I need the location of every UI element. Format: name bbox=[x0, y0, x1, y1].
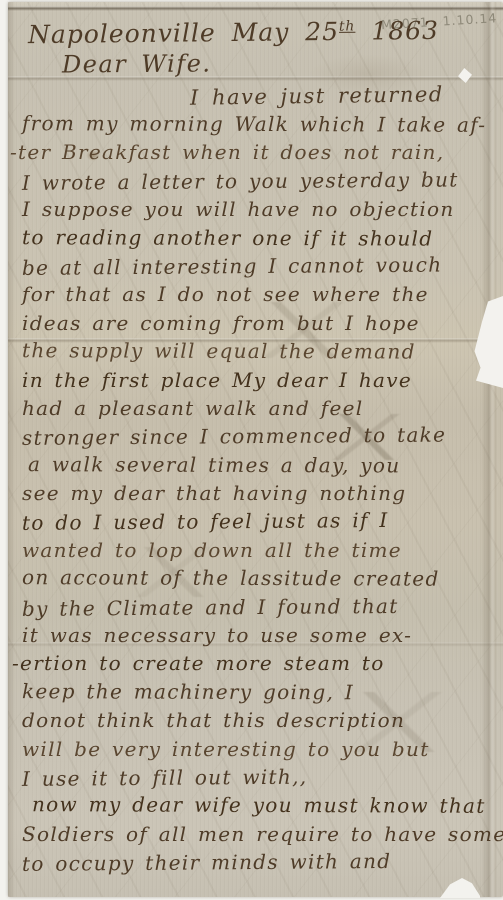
fold-crease-top bbox=[8, 6, 503, 11]
letter-salutation: Dear Wife. bbox=[62, 49, 212, 78]
letter-paper: M2071 1.10.14 Napoleonville May 25th 186… bbox=[8, 2, 503, 897]
letter-line: a walk several times a day, you bbox=[28, 450, 497, 480]
letter-line: -ter Breakfast when it does not rain, bbox=[10, 138, 497, 166]
letter-line: -ertion to create more steam to bbox=[12, 649, 497, 677]
letter-line: for that as I do not see where the bbox=[22, 280, 497, 308]
paper-left-edge-shading bbox=[8, 2, 15, 897]
dateline-year: 1863 bbox=[371, 16, 439, 46]
letter-line: keep the machinery going, I bbox=[22, 677, 497, 707]
letter-line: be at all interesting I cannot vouch bbox=[22, 250, 497, 282]
letter-line: see my dear that having nothing bbox=[22, 479, 497, 507]
letter-line: from my morning Walk which I take af- bbox=[22, 109, 497, 139]
letter-line: donot think that this description bbox=[22, 706, 497, 734]
letter-line: to do I used to feel just as if I bbox=[22, 506, 497, 538]
letter-line: stronger since I commenced to take bbox=[22, 420, 497, 452]
letter-line: will be very interesting to you but bbox=[22, 735, 497, 763]
letter-line: ideas are coming from but I hope bbox=[22, 309, 497, 337]
letter-scan: M2071 1.10.14 Napoleonville May 25th 186… bbox=[0, 0, 503, 900]
letter-line: on account of the lassitude created bbox=[22, 563, 497, 593]
dateline-ordinal: th bbox=[339, 18, 356, 34]
letter-line: I suppose you will have no objection bbox=[22, 195, 497, 223]
letter-opening-line: I have just returned bbox=[190, 82, 444, 110]
letter-line: wanted to lop down all the time bbox=[22, 536, 497, 564]
letter-line: to reading another one if it should bbox=[22, 223, 497, 253]
letter-line: to occupy their minds with and bbox=[22, 846, 497, 878]
letter-line: I use it to fill out with,, bbox=[22, 761, 497, 793]
dateline-month-day: May 25 bbox=[231, 17, 339, 47]
letter-line: the supply will equal the demand bbox=[22, 336, 497, 366]
letter-line: I wrote a letter to you yesterday but bbox=[22, 165, 497, 197]
letter-line: it was necessary to use some ex- bbox=[22, 621, 497, 649]
letter-body: from my morning Walk which I take af- -t… bbox=[22, 110, 497, 877]
letter-line: in the first place My dear I have bbox=[22, 366, 497, 394]
letter-line: by the Climate and I found that bbox=[22, 591, 497, 623]
letter-line: now my dear wife you must know that bbox=[32, 791, 497, 821]
letter-line: had a pleasant walk and feel bbox=[22, 394, 497, 422]
dateline-place: Napoleonville bbox=[28, 18, 216, 49]
letter-line: Soldiers of all men require to have some… bbox=[22, 820, 497, 848]
letter-dateline: Napoleonville May 25th 1863 bbox=[28, 16, 439, 49]
